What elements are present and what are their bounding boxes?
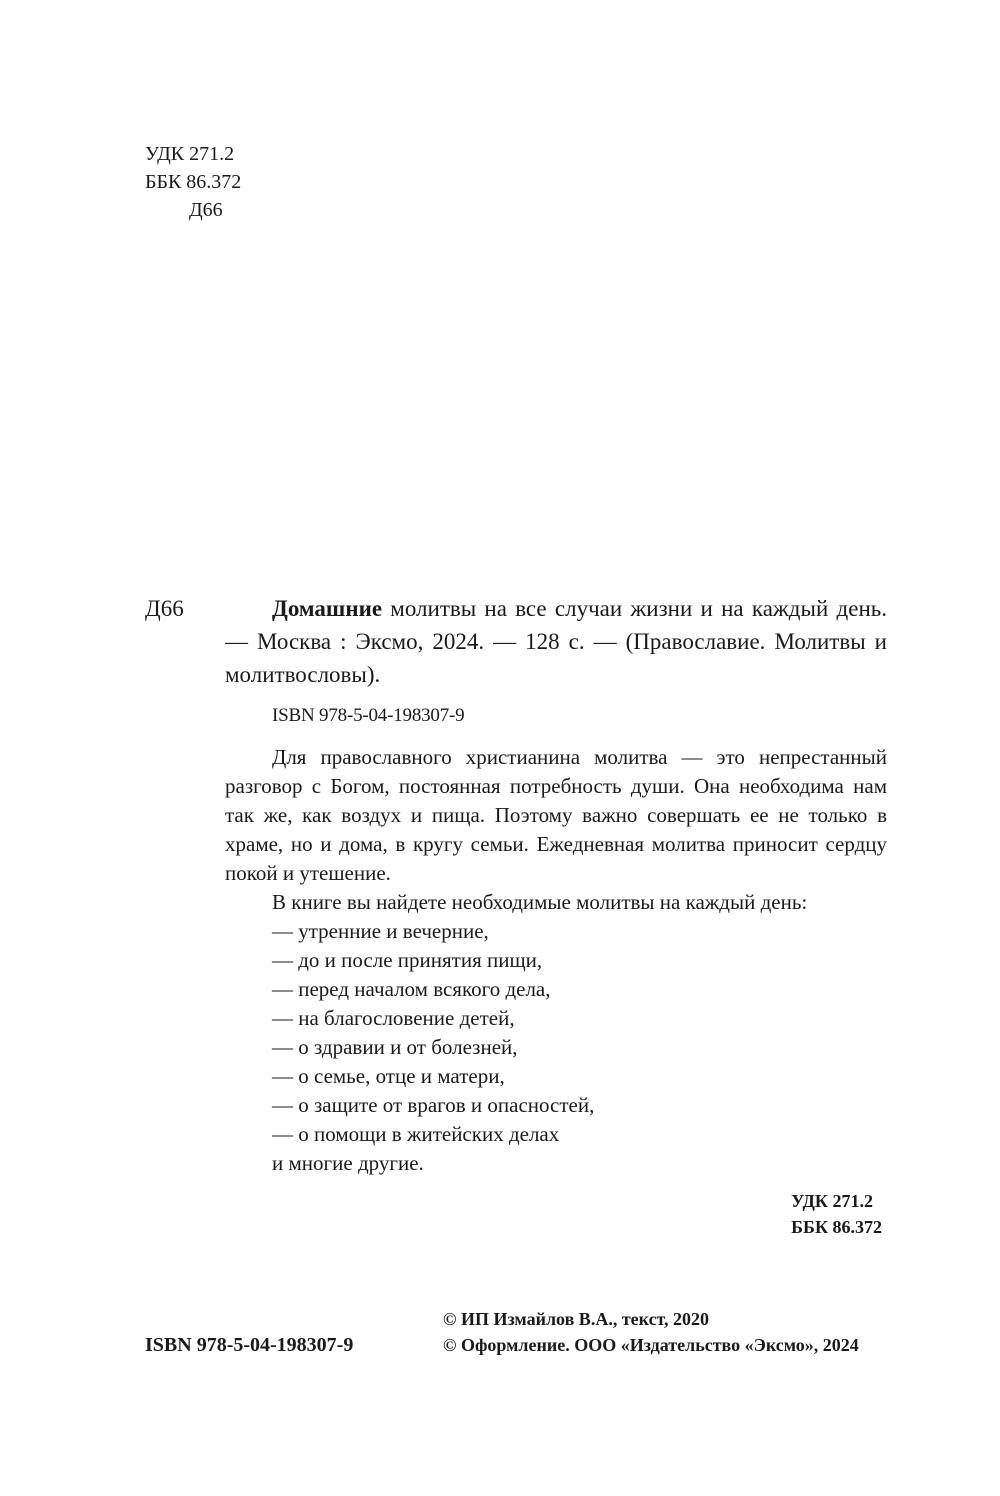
list-item: — о здравии и от болезней, <box>272 1033 887 1062</box>
copyright-block: © ИП Измайлов В.А., текст, 2020 © Оформл… <box>443 1306 859 1358</box>
list-item: — утренние и вечерние, <box>272 917 887 946</box>
annotation: Для православного христианина молитва — … <box>225 743 887 1178</box>
bbk-code: ББК 86.372 <box>145 168 241 196</box>
prayer-list: — утренние и вечерние, — до и после прин… <box>225 917 887 1149</box>
entry-title-bold: Домашние <box>272 596 382 621</box>
entry-author-code: Д66 <box>145 592 184 625</box>
classification-header: УДК 271.2 ББК 86.372 Д66 <box>145 140 241 224</box>
copyright-text: © ИП Измайлов В.А., текст, 2020 <box>443 1306 859 1332</box>
list-item: — на благословение детей, <box>272 1004 887 1033</box>
list-item: — до и после принятия пищи, <box>272 946 887 975</box>
entry-isbn: ISBN 978-5-04-198307-9 <box>272 703 464 729</box>
author-code: Д66 <box>145 196 241 224</box>
list-item: — перед началом всякого дела, <box>272 975 887 1004</box>
bibliographic-entry: Домашние молитвы на все случаи жизни и н… <box>225 592 887 691</box>
classification-footer: УДК 271.2 ББК 86.372 <box>791 1188 882 1240</box>
annotation-paragraph-1: Для православного христианина молитва — … <box>225 743 887 888</box>
list-item: — о семье, отце и матери, <box>272 1062 887 1091</box>
footer-isbn: ISBN 978-5-04-198307-9 <box>145 1332 353 1358</box>
bbk-code-bold: ББК 86.372 <box>791 1214 882 1240</box>
udk-code-bold: УДК 271.2 <box>791 1188 882 1214</box>
annotation-tail: и многие другие. <box>225 1149 887 1178</box>
annotation-paragraph-2: В книге вы найдете необходимые молитвы н… <box>225 888 887 917</box>
list-item: — о защите от врагов и опасностей, <box>272 1091 887 1120</box>
copyright-design: © Оформление. ООО «Издательство «Эксмо»,… <box>443 1332 859 1358</box>
udk-code: УДК 271.2 <box>145 140 241 168</box>
list-item: — о помощи в житейских делах <box>272 1120 887 1149</box>
